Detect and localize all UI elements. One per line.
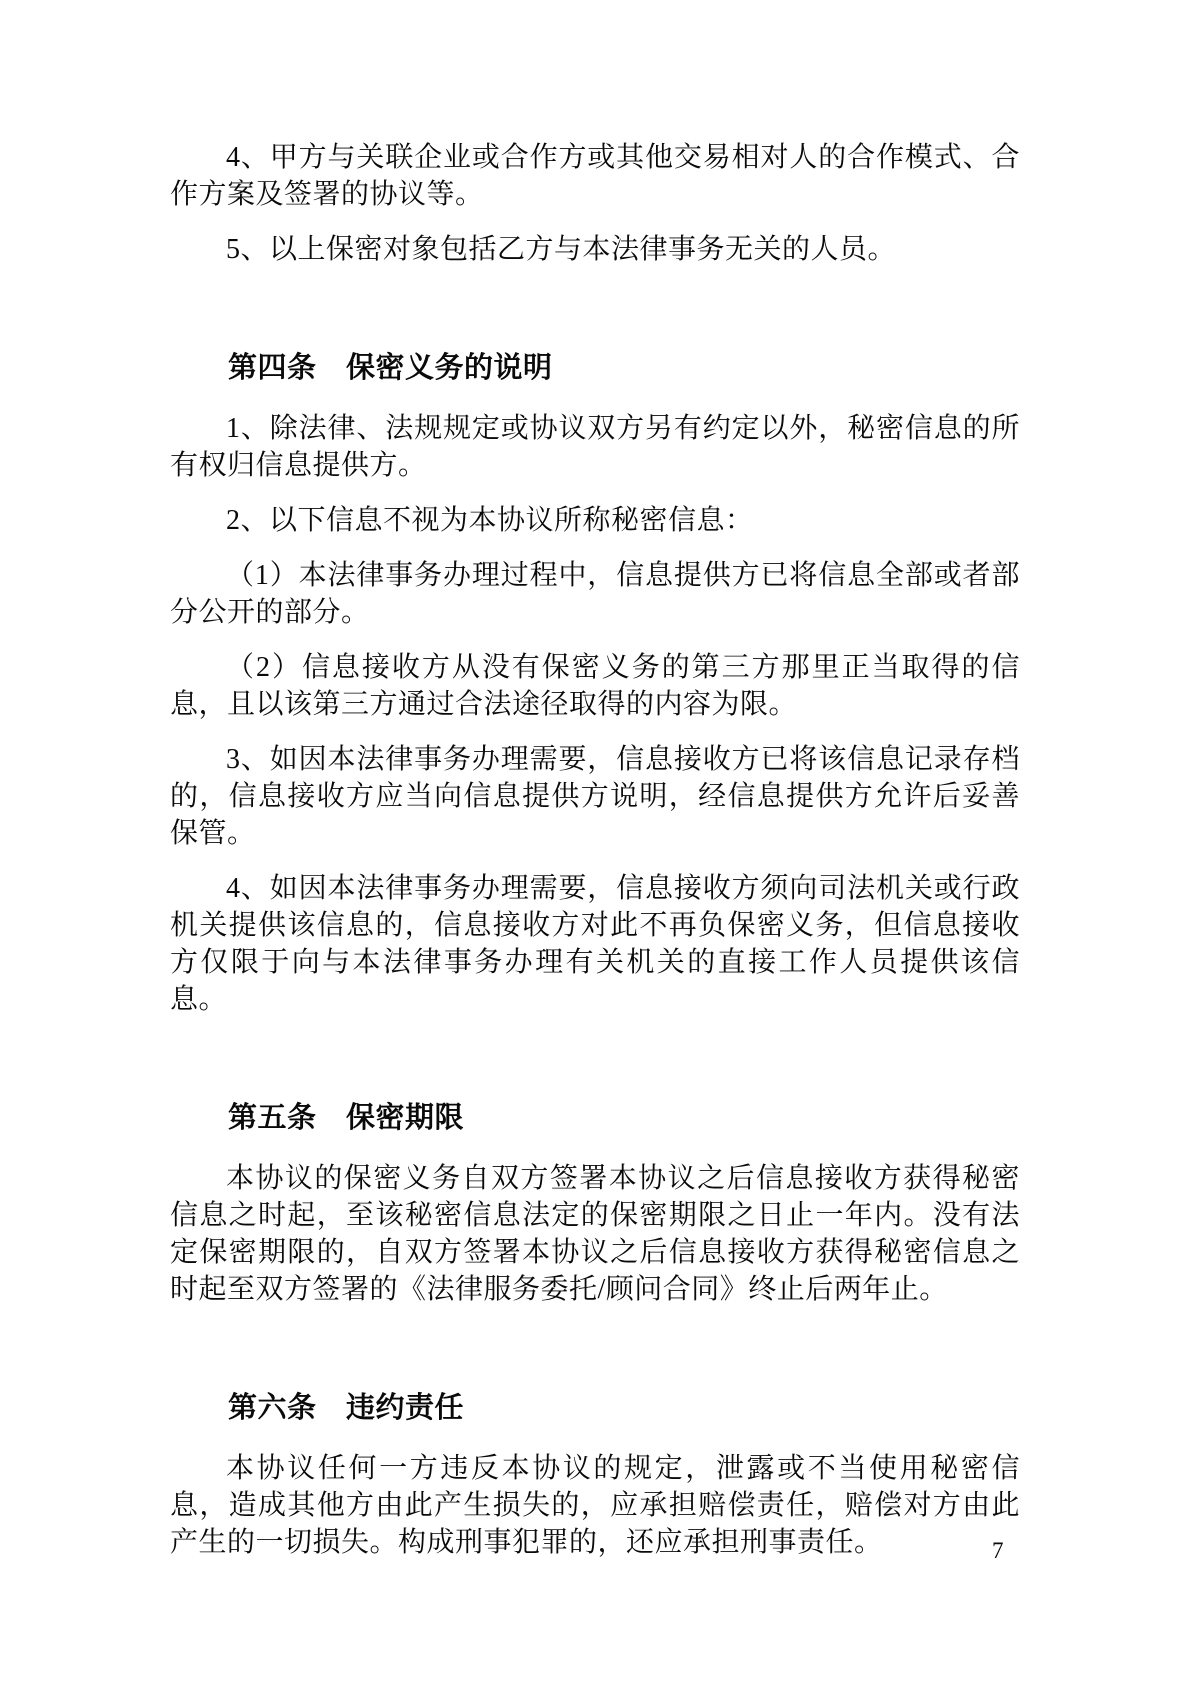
paragraph-clause4-item2-sub1: （1）本法律事务办理过程中，信息提供方已将信息全部或者部分公开的部分。 [170,557,1020,631]
paragraph-clause4-item3: 3、如因本法律事务办理需要，信息接收方已将该信息记录存档的，信息接收方应当向信息… [170,741,1020,852]
paragraph-clause5-body: 本协议的保密义务自双方签署本协议之后信息接收方获得秘密信息之时起，至该秘密信息法… [170,1160,1020,1308]
section-heading-article5: 第五条 保密期限 [170,1098,1020,1138]
page-number: 7 [992,1537,1004,1565]
section-heading-article6: 第六条 违约责任 [170,1388,1020,1428]
paragraph-clause6-body: 本协议任何一方违反本协议的规定，泄露或不当使用秘密信息，造成其他方由此产生损失的… [170,1450,1020,1561]
document-page: 4、甲方与关联企业或合作方或其他交易相对人的合作模式、合作方案及签署的协议等。 … [0,0,1190,1684]
paragraph-clause3-item4: 4、甲方与关联企业或合作方或其他交易相对人的合作模式、合作方案及签署的协议等。 [170,139,1020,213]
paragraph-clause4-item2: 2、以下信息不视为本协议所称秘密信息： [170,502,1020,539]
section-heading-article4: 第四条 保密义务的说明 [170,348,1020,388]
paragraph-clause4-item1: 1、除法律、法规规定或协议双方另有约定以外，秘密信息的所有权归信息提供方。 [170,410,1020,484]
paragraph-clause4-item2-sub2: （2）信息接收方从没有保密义务的第三方那里正当取得的信息，且以该第三方通过合法途… [170,649,1020,723]
paragraph-clause4-item4: 4、如因本法律事务办理需要，信息接收方须向司法机关或行政机关提供该信息的，信息接… [170,870,1020,1018]
document-content: 4、甲方与关联企业或合作方或其他交易相对人的合作模式、合作方案及签署的协议等。 … [170,139,1020,1579]
paragraph-clause3-item5: 5、以上保密对象包括乙方与本法律事务无关的人员。 [170,231,1020,268]
